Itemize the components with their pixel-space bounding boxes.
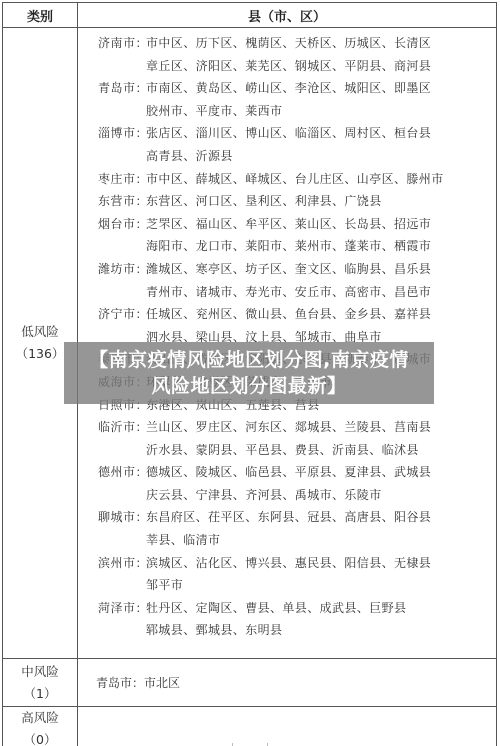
district-line: 市南区、黄岛区、崂山区、李沧区、城阳区、即墨区 bbox=[146, 77, 466, 100]
table-row-mid-risk: 中风险 （1） 青岛市：市北区 bbox=[3, 659, 497, 707]
district-line: 章丘区、济阳区、莱芜区、钢城区、平阴县、商河县 bbox=[146, 55, 466, 78]
low-risk-label: 低风险 bbox=[3, 321, 77, 343]
district-line: 邹平市 bbox=[146, 574, 466, 597]
city-name: 烟台市： bbox=[98, 213, 146, 258]
city-districts: 东营区、河口区、垦利区、利津县、广饶县 bbox=[146, 190, 466, 213]
title-overlay-banner: 【南京疫情风险地区划分图,南京疫情 风险地区划分图最新】 bbox=[64, 342, 434, 404]
city-entry: 淄博市：张店区、淄川区、博山区、临淄区、周村区、桓台县高青县、沂源县 bbox=[78, 122, 496, 167]
banner-line-1: 【南京疫情风险地区划分图,南京疫情 bbox=[64, 347, 434, 373]
city-entry: 烟台市：芝罘区、福山区、牟平区、莱山区、长岛县、招远市海阳市、龙口市、莱阳市、莱… bbox=[78, 213, 496, 258]
high-risk-label: 高风险 bbox=[3, 707, 77, 729]
city-name: 东营市： bbox=[98, 190, 146, 213]
city-entry: 济南市：市中区、历下区、槐荫区、天桥区、历城区、长清区章丘区、济阳区、莱芜区、钢… bbox=[78, 32, 496, 77]
city-entry: 潍坊市：潍城区、寒亭区、坊子区、奎文区、临朐县、昌乐县青州市、诸城市、寿光市、安… bbox=[78, 258, 496, 303]
district-line: 胶州市、平度市、莱西市 bbox=[146, 100, 466, 123]
city-name: 聊城市： bbox=[98, 506, 146, 551]
district-line: 任城区、兖州区、微山县、鱼台县、金乡县、嘉祥县 bbox=[146, 303, 466, 326]
city-districts: 德城区、陵城区、临邑县、平原县、夏津县、武城县庆云县、宁津县、齐河县、禹城市、乐… bbox=[146, 461, 466, 506]
district-line: 海阳市、龙口市、莱阳市、莱州市、蓬莱市、栖霞市 bbox=[146, 235, 466, 258]
city-districts: 市南区、黄岛区、崂山区、李沧区、城阳区、即墨区胶州市、平度市、莱西市 bbox=[146, 77, 466, 122]
district-line: 青州市、诸城市、寿光市、安丘市、高密市、昌邑市 bbox=[146, 281, 466, 304]
district-line: 莘县、临清市 bbox=[146, 529, 466, 552]
city-entry: 聊城市：东昌府区、茌平区、东阿县、冠县、高唐县、阳谷县莘县、临清市 bbox=[78, 506, 496, 551]
district-line: 潍城区、寒亭区、坊子区、奎文区、临朐县、昌乐县 bbox=[146, 258, 466, 281]
banner-line-2: 风险地区划分图最新】 bbox=[64, 373, 434, 399]
city-entry: 临沂市：兰山区、罗庄区、河东区、郯城县、兰陵县、莒南县沂水县、蒙阴县、平邑县、费… bbox=[78, 416, 496, 461]
district-line: 市中区、薛城区、峄城区、台儿庄区、山亭区、滕州市 bbox=[146, 168, 466, 191]
city-name: 济南市： bbox=[98, 32, 146, 77]
city-name: 菏泽市： bbox=[98, 597, 146, 642]
city-districts: 市中区、薛城区、峄城区、台儿庄区、山亭区、滕州市 bbox=[146, 168, 466, 191]
district-line: 芝罘区、福山区、牟平区、莱山区、长岛县、招远市 bbox=[146, 213, 466, 236]
table-header-row: 类别 县（市、区） bbox=[3, 3, 497, 28]
city-entry: 德州市：德城区、陵城区、临邑县、平原县、夏津县、武城县庆云县、宁津县、齐河县、禹… bbox=[78, 461, 496, 506]
city-districts: 滨城区、沾化区、博兴县、惠民县、阳信县、无棣县邹平市 bbox=[146, 552, 466, 597]
district-line: 市中区、历下区、槐荫区、天桥区、历城区、长清区 bbox=[146, 32, 466, 55]
header-category: 类别 bbox=[3, 3, 78, 28]
city-entry: 东营市：东营区、河口区、垦利区、利津县、广饶县 bbox=[78, 190, 496, 213]
district-line: 沂水县、蒙阴县、平邑县、费县、沂南县、临沭县 bbox=[146, 439, 466, 462]
city-districts: 牡丹区、定陶区、曹县、单县、成武县、巨野县郓城县、鄄城县、东明县 bbox=[146, 597, 466, 642]
city-name: 淄博市： bbox=[98, 122, 146, 167]
header-areas: 县（市、区） bbox=[78, 3, 497, 28]
city-name: 滨州市： bbox=[98, 552, 146, 597]
high-risk-area-cell bbox=[78, 707, 497, 746]
district-line: 牡丹区、定陶区、曹县、单县、成武县、巨野县 bbox=[146, 597, 466, 620]
mid-risk-category-cell: 中风险 （1） bbox=[3, 659, 78, 707]
district-line: 高青县、沂源县 bbox=[146, 145, 466, 168]
city-name: 青岛市： bbox=[98, 77, 146, 122]
mid-risk-area-cell: 青岛市：市北区 bbox=[78, 659, 497, 707]
city-name: 枣庄市： bbox=[98, 168, 146, 191]
city-districts: 市中区、历下区、槐荫区、天桥区、历城区、长清区章丘区、济阳区、莱芜区、钢城区、平… bbox=[146, 32, 466, 77]
district-line: 庆云县、宁津县、齐河县、禹城市、乐陵市 bbox=[146, 484, 466, 507]
city-entry: 青岛市：市南区、黄岛区、崂山区、李沧区、城阳区、即墨区胶州市、平度市、莱西市 bbox=[78, 77, 496, 122]
district-line: 德城区、陵城区、临邑县、平原县、夏津县、武城县 bbox=[146, 461, 466, 484]
high-risk-category-cell: 高风险 （0） bbox=[3, 707, 78, 746]
city-districts: 潍城区、寒亭区、坊子区、奎文区、临朐县、昌乐县青州市、诸城市、寿光市、安丘市、高… bbox=[146, 258, 466, 303]
district-line: 郓城县、鄄城县、东明县 bbox=[146, 619, 466, 642]
city-entry: 枣庄市：市中区、薛城区、峄城区、台儿庄区、山亭区、滕州市 bbox=[78, 168, 496, 191]
district-line: 张店区、淄川区、博山区、临淄区、周村区、桓台县 bbox=[146, 122, 466, 145]
city-entry: 菏泽市：牡丹区、定陶区、曹县、单县、成武县、巨野县郓城县、鄄城县、东明县 bbox=[78, 597, 496, 642]
city-entry: 滨州市：滨城区、沾化区、博兴县、惠民县、阳信县、无棣县邹平市 bbox=[78, 552, 496, 597]
district-line: 滨城区、沾化区、博兴县、惠民县、阳信县、无棣县 bbox=[146, 552, 466, 575]
city-districts: 张店区、淄川区、博山区、临淄区、周村区、桓台县高青县、沂源县 bbox=[146, 122, 466, 167]
city-districts: 东昌府区、茌平区、东阿县、冠县、高唐县、阳谷县莘县、临清市 bbox=[146, 506, 466, 551]
mid-risk-label: 中风险 bbox=[3, 661, 77, 683]
city-districts: 兰山区、罗庄区、河东区、郯城县、兰陵县、莒南县沂水县、蒙阴县、平邑县、费县、沂南… bbox=[146, 416, 466, 461]
district-line: 东昌府区、茌平区、东阿县、冠县、高唐县、阳谷县 bbox=[146, 506, 466, 529]
city-name: 德州市： bbox=[98, 461, 146, 506]
city-name: 潍坊市： bbox=[98, 258, 146, 303]
city-name: 临沂市： bbox=[98, 416, 146, 461]
city-districts: 芝罘区、福山区、牟平区、莱山区、长岛县、招远市海阳市、龙口市、莱阳市、莱州市、蓬… bbox=[146, 213, 466, 258]
district-line: 东营区、河口区、垦利区、利津县、广饶县 bbox=[146, 190, 466, 213]
district-line: 兰山区、罗庄区、河东区、郯城县、兰陵县、莒南县 bbox=[146, 416, 466, 439]
mid-risk-count: （1） bbox=[3, 683, 77, 705]
city-list: 济南市：市中区、历下区、槐荫区、天桥区、历城区、长清区章丘区、济阳区、莱芜区、钢… bbox=[78, 32, 496, 642]
table-row-high-risk: 高风险 （0） bbox=[3, 707, 497, 746]
mid-risk-area: 青岛市：市北区 bbox=[78, 674, 496, 691]
high-risk-count: （0） bbox=[3, 729, 77, 746]
